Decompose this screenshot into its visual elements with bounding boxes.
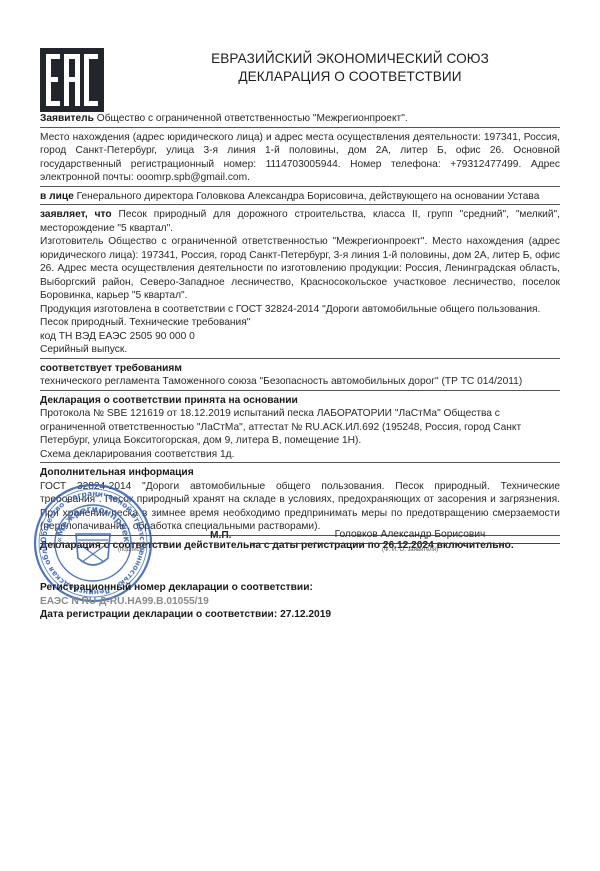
eac-logo xyxy=(40,48,104,112)
applicant-label: Заявитель xyxy=(40,113,94,124)
eac-mark-icon xyxy=(40,48,104,112)
additional-heading: Дополнительная информация xyxy=(40,467,194,478)
divider xyxy=(40,186,560,187)
divider xyxy=(40,390,560,391)
signer-caption: (Ф. И. О. заявителя) xyxy=(260,547,560,553)
basis-heading: Декларация о соответствии принята на осн… xyxy=(40,395,298,406)
additional-label: Дополнительная информация xyxy=(40,466,560,480)
signer-line xyxy=(250,543,560,544)
divider xyxy=(40,358,560,359)
registration-date-row: Дата регистрации декларации о соответств… xyxy=(40,608,331,622)
basis-label: Декларация о соответствии принята на осн… xyxy=(40,394,560,408)
applicant-name: Общество с ограниченной ответственностью… xyxy=(97,113,408,124)
standard-text: Продукция изготовлена в соответствии с Г… xyxy=(40,303,560,330)
scheme-text: Схема декларирования соответствия 1д. xyxy=(40,448,560,462)
conforms-heading: соответствует требованиям xyxy=(40,363,182,374)
signer-name: Головков Александр Борисович xyxy=(260,529,560,540)
divider xyxy=(40,462,560,463)
conforms-label: соответствует требованиям xyxy=(40,362,560,376)
divider xyxy=(40,204,560,205)
hs-code: код ТН ВЭД ЕАЭС 2505 90 000 0 xyxy=(40,330,560,344)
representative-label: в лице xyxy=(40,191,74,202)
registration-date: 27.12.2019 xyxy=(280,609,331,620)
representative-text: Генерального директора Головкова Алексан… xyxy=(77,191,540,202)
declares-label: заявляет, что xyxy=(40,209,112,220)
representative-row: в лице Генерального директора Головкова … xyxy=(40,190,560,204)
reg-label: Регистрационный номер декларации о соотв… xyxy=(40,582,313,593)
product-text: Песок природный для дорожного строительс… xyxy=(40,209,560,234)
title-union: ЕВРАЗИЙСКИЙ ЭКОНОМИЧЕСКИЙ СОЮЗ xyxy=(140,50,560,68)
divider xyxy=(40,127,560,128)
document-title: ЕВРАЗИЙСКИЙ ЭКОНОМИЧЕСКИЙ СОЮЗ ДЕКЛАРАЦИ… xyxy=(140,50,560,86)
declares-row: заявляет, что Песок природный для дорожн… xyxy=(40,208,560,235)
registration-number-label: Регистрационный номер декларации о соотв… xyxy=(40,581,331,595)
conforms-text: технического регламента Таможенного союз… xyxy=(40,375,560,389)
seal-label: М.П. xyxy=(210,530,231,541)
registration-block: Регистрационный номер декларации о соотв… xyxy=(40,581,331,622)
basis-text: Протокола № SBE 121619 от 18.12.2019 исп… xyxy=(40,407,560,448)
registration-number: ЕАЭС N RU Д-RU.НА99.В.01055/19 xyxy=(40,595,331,609)
registration-date-label: Дата регистрации декларации о соответств… xyxy=(40,609,277,620)
title-declaration: ДЕКЛАРАЦИЯ О СООТВЕТСТВИИ xyxy=(140,68,560,86)
applicant-address: Место нахождения (адрес юридического лиц… xyxy=(40,131,560,185)
manufacturer-text: Изготовитель Общество с ограниченной отв… xyxy=(40,235,560,303)
applicant-row: Заявитель Общество с ограниченной ответс… xyxy=(40,112,560,126)
series-text: Серийный выпуск. xyxy=(40,343,560,357)
